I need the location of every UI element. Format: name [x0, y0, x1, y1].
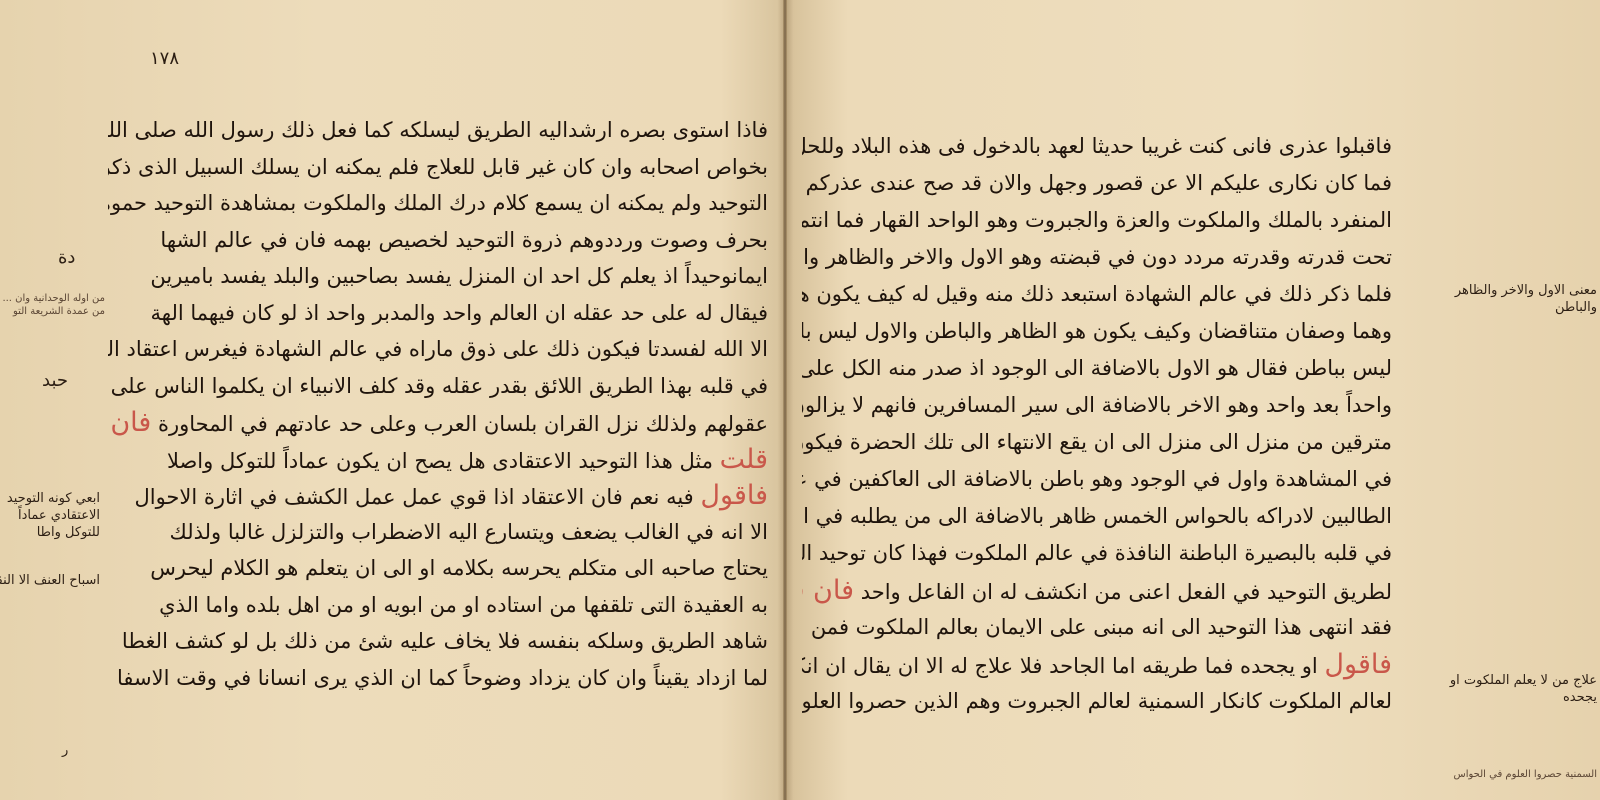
text-line: بخواص اصحابه وان كان غير قابل للعلاج فلم…: [108, 149, 768, 186]
text-line: في قلبه بهذا الطريق اللائق بقدر عقله وقد…: [108, 368, 768, 405]
text-line: ايمانوحيداً اذ يعلم كل احد ان المنزل يفس…: [108, 258, 768, 295]
text-line: واحداً بعد واحد وهو الاخر بالاضافة الى س…: [802, 387, 1392, 424]
text-line: فلما ذكر ذلك في عالم الشهادة استبعد ذلك …: [802, 276, 1392, 313]
text-line: المنفرد بالملك والملكوت والعزة والجبروت …: [802, 202, 1392, 239]
text-line-with-rubric: قلت مثل هذا التوحيد الاعتقادى هل يصح ان …: [108, 441, 768, 478]
text-line-content: فيه نعم فان الاعتقاد اذا قوي عمل عمل الك…: [134, 485, 693, 509]
text-line: التوحيد ولم يمكنه ان يسمع كلام درك الملك…: [108, 185, 768, 222]
text-line: وهما وصفان متناقضان وكيف يكون هو الظاهر …: [802, 313, 1392, 350]
text-line-with-rubric: عقولهم ولذلك نزل القران بلسان العرب وعلى…: [108, 404, 768, 441]
text-line: الطالبين لادراكه بالحواس الخمس ظاهر بالا…: [802, 498, 1392, 535]
left-page: ١٧٨ دة من اوله الوحدانية وان ... من عمدة…: [0, 0, 785, 800]
manuscript-spread: ١٧٨ دة من اوله الوحدانية وان ... من عمدة…: [0, 0, 1600, 800]
margin-note: ابعي كونه التوحيد الاعتقادي عماداً للتوك…: [0, 490, 100, 541]
text-line: فاذا استوى بصره ارشداليه الطريق ليسلكه ك…: [108, 112, 768, 149]
rubric-word: قلت: [720, 444, 768, 475]
rubric-word: فان قلت: [802, 575, 854, 606]
text-line-content: او يجحده فما طريقه اما الجاحد فلا علاج ل…: [802, 654, 1318, 678]
text-line: الا الله لفسدتا فيكون ذلك على ذوق ماراه …: [108, 331, 768, 368]
margin-note: علاج من لا يعلم الملكوت او يجحده: [1447, 672, 1597, 706]
text-line: لما ازداد يقيناً وان كان يزداد وضوحاً كم…: [108, 660, 768, 697]
text-line: فما كان نكارى عليكم الا عن قصور وجهل وال…: [802, 165, 1392, 202]
text-line: تحت قدرته وقدرته مردد دون في قبضته وهو ا…: [802, 239, 1392, 276]
text-line-content: مثل هذا التوحيد الاعتقادى هل يصح ان يكون…: [167, 449, 713, 473]
margin-note: دة: [58, 247, 75, 269]
rubric-word: فاقول: [1324, 649, 1392, 680]
text-line: شاهد الطريق وسلكه بنفسه فلا يخاف عليه شئ…: [108, 623, 768, 660]
text-line: يحتاج صاحبه الى متكلم يحرسه بكلامه او ال…: [108, 550, 768, 587]
text-line-content: لطريق التوحيد في الفعل اعنى من انكشف له …: [861, 580, 1392, 604]
right-text-block: فاقبلوا عذرى فانى كنت غريبا حديثا لعهد ب…: [802, 128, 1392, 720]
text-line-with-rubric: لطريق التوحيد في الفعل اعنى من انكشف له …: [802, 572, 1392, 609]
text-line: فيقال له على حد عقله ان العالم واحد والم…: [108, 295, 768, 332]
text-line: لعالم الملكوت كانكار السمنية لعالم الجبر…: [802, 683, 1392, 720]
text-line-with-rubric: فاقول فيه نعم فان الاعتقاد اذا قوي عمل ع…: [108, 477, 768, 514]
text-line: به العقيدة التى تلقفها من استاده او من ا…: [108, 587, 768, 624]
text-line-with-rubric: فاقول او يجحده فما طريقه اما الجاحد فلا …: [802, 646, 1392, 683]
text-line: فاقبلوا عذرى فانى كنت غريبا حديثا لعهد ب…: [802, 128, 1392, 165]
text-line: في قلبه بالبصيرة الباطنة النافذة في عالم…: [802, 535, 1392, 572]
text-line: في المشاهدة واول في الوجود وهو باطن بالا…: [802, 461, 1392, 498]
folio-number: ١٧٨: [150, 48, 179, 69]
text-line: مترقين من منزل الى منزل الى ان يقع الانت…: [802, 424, 1392, 461]
margin-note: اسباح العنف الا النقر: [0, 572, 100, 589]
rubric-word: فاقول: [700, 480, 768, 511]
rubric-word: فان: [110, 407, 151, 438]
margin-note: السمنية حصروا العلوم في الحواس: [1447, 768, 1597, 781]
margin-note: ر: [62, 742, 68, 759]
text-line: ليس بباطن فقال هو الاول بالاضافة الى الو…: [802, 350, 1392, 387]
text-line: فقد انتهى هذا التوحيد الى انه مبنى على ا…: [802, 609, 1392, 646]
text-line: بحرف وصوت ورددوهم ذروة التوحيد لخصيص بهم…: [108, 222, 768, 259]
margin-note: من اوله الوحدانية وان ... من عمدة الشريع…: [0, 292, 105, 318]
text-line: الا انه في الغالب يضعف ويتسارع اليه الاض…: [108, 514, 768, 551]
right-page: فاقبلوا عذرى فانى كنت غريبا حديثا لعهد ب…: [787, 0, 1600, 800]
left-text-block: فاذا استوى بصره ارشداليه الطريق ليسلكه ك…: [108, 112, 768, 696]
margin-note: معنى الاول والاخر والظاهر والباطن: [1417, 282, 1597, 316]
text-line-content: عقولهم ولذلك نزل القران بلسان العرب وعلى…: [158, 412, 768, 436]
margin-note: حبد: [42, 370, 68, 392]
